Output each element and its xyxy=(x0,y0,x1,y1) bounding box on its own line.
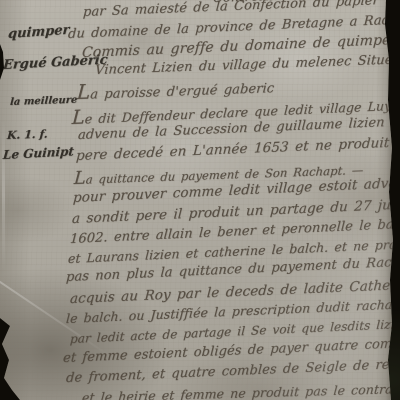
handwriting-line: et le heirie et femme ne produit pas le … xyxy=(81,381,398,400)
manuscript-scan: quimper Ergué Gaberic la meilleure K. 1.… xyxy=(0,0,400,400)
margin-note-name: Le Guinipt xyxy=(2,144,74,162)
margin-note-la-meilleure: la meilleure xyxy=(10,95,78,108)
margin-note-quimper: quimper xyxy=(7,23,69,42)
margin-note-reference: K. 1. f. xyxy=(7,128,49,142)
paper-sheet: quimper Ergué Gaberic la meilleure K. 1.… xyxy=(0,0,400,400)
paper-crease xyxy=(2,120,5,270)
